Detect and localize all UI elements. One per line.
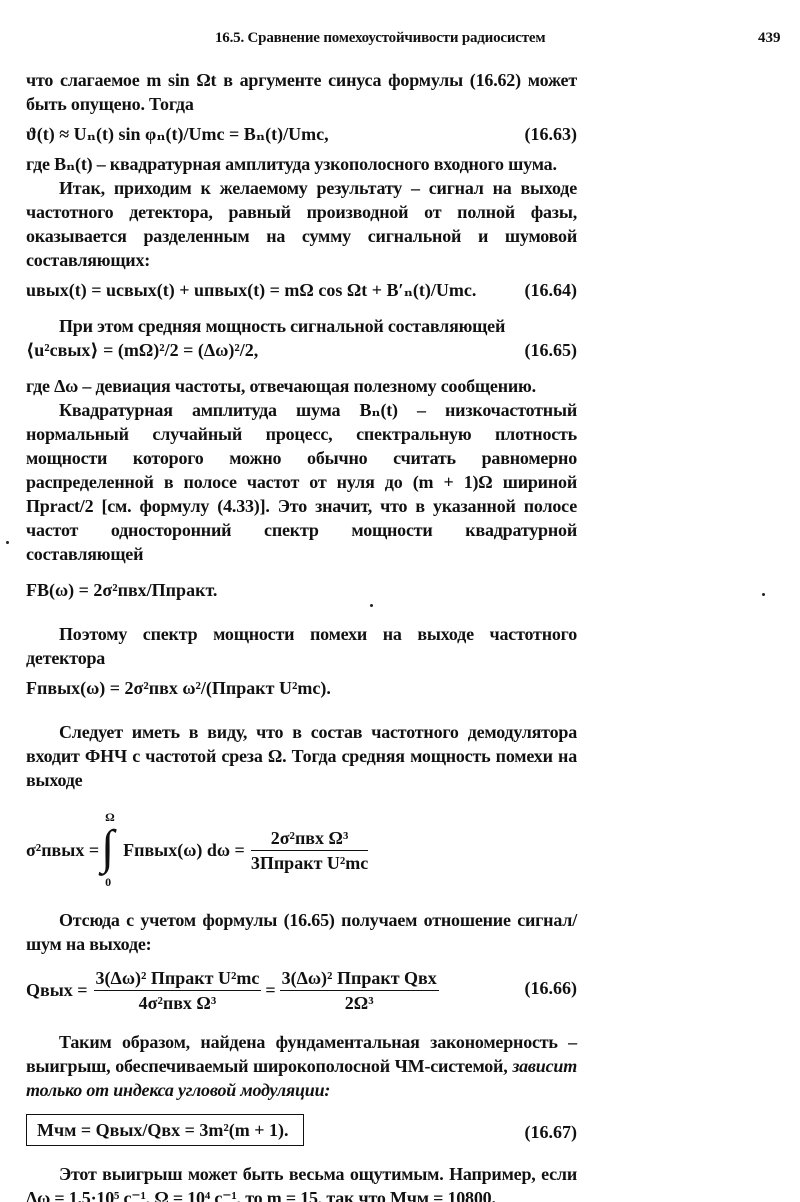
denominator: 4σ²пвх Ω³ xyxy=(94,991,262,1015)
equation-text: FB(ω) = 2σ²пвх/Ппракт. xyxy=(26,580,217,600)
equals-sign: = xyxy=(265,980,275,1001)
paragraph-6: Квадратурная амплитуда шума Bₙ(t) – низк… xyxy=(26,398,577,566)
paragraph-4: При этом средняя мощность сигнальной сос… xyxy=(26,314,577,338)
equation-text: ⟨u²свых⟩ = (mΩ)²/2 = (Δω)²/2, xyxy=(26,340,258,360)
equation-fnvyx: Fпвых(ω) = 2σ²пвх ω²/(Ппракт U²mc). xyxy=(26,676,577,700)
paragraph-2: где Bₙ(t) – квадратурная амплитуда узкоп… xyxy=(26,152,577,176)
equation-16-66: Qвых = 3(Δω)² Ппракт U²mc 4σ²пвх Ω³ = 3(… xyxy=(26,962,577,1018)
numerator: 3(Δω)² Ппракт U²mc xyxy=(94,966,262,991)
equation-16-63: ϑ(t) ≈ Uₙ(t) sin φₙ(t)/Umc = Bₙ(t)/Umc, … xyxy=(26,122,577,146)
equation-lhs: σ²пвых = xyxy=(26,840,99,861)
book-page: 16.5. Сравнение помехоустойчивости радио… xyxy=(0,0,800,1202)
scan-speck xyxy=(762,593,765,596)
equation-number: (16.63) xyxy=(525,122,578,146)
integral-symbol: ∫ xyxy=(101,818,114,878)
paragraph-10-plain: Таким образом, найдена фундаментальная з… xyxy=(26,1032,577,1076)
paragraph-1: что слагаемое m sin Ωt в аргументе синус… xyxy=(26,68,577,116)
paragraph-9: Отсюда с учетом формулы (16.65) получаем… xyxy=(26,908,577,956)
equation-text: ϑ(t) ≈ Uₙ(t) sin φₙ(t)/Umc = Bₙ(t)/Umc, xyxy=(26,124,329,144)
section-title: 16.5. Сравнение помехоустойчивости радио… xyxy=(215,30,545,47)
equation-sigma-integral: σ²пвых = Ω ∫ 0 Fпвых(ω) dω = 2σ²пвх Ω³ 3… xyxy=(26,804,577,896)
fraction-1: 3(Δω)² Ппракт U²mc 4σ²пвх Ω³ xyxy=(94,966,262,1015)
equation-text: uвых(t) = uсвых(t) + uпвых(t) = mΩ cos Ω… xyxy=(26,280,476,300)
paragraph-10: Таким образом, найдена фундаментальная з… xyxy=(26,1030,577,1102)
integral-lower-limit: 0 xyxy=(105,875,111,890)
integrand: Fпвых(ω) dω = xyxy=(123,840,245,861)
denominator: 3Ппракт U²mc xyxy=(251,851,368,875)
equation-number: (16.66) xyxy=(525,978,578,999)
paragraph-11: Этот выигрыш может быть весьма ощутимым.… xyxy=(26,1162,577,1202)
integral-sign: Ω ∫ 0 xyxy=(99,810,119,890)
scan-speck xyxy=(6,541,9,544)
boxed-equation: Mчм = Qвых/Qвх = 3m²(m + 1). xyxy=(26,1114,304,1146)
page-number: 439 xyxy=(758,30,781,47)
equation-number: (16.67) xyxy=(525,1120,578,1144)
paragraph-3: Итак, приходим к желаемому результату – … xyxy=(26,176,577,272)
numerator: 2σ²пвх Ω³ xyxy=(251,826,368,851)
paragraph-8: Следует иметь в виду, что в состав часто… xyxy=(26,720,577,792)
paragraph-5: где Δω – девиация частоты, отвечающая по… xyxy=(26,374,577,398)
scan-speck xyxy=(370,604,373,607)
equation-lhs: Qвых = xyxy=(26,980,88,1001)
paragraph-7: Поэтому спектр мощности помехи на выходе… xyxy=(26,622,577,670)
fraction: 2σ²пвх Ω³ 3Ппракт U²mc xyxy=(251,826,368,875)
equation-text: Fпвых(ω) = 2σ²пвх ω²/(Ппракт U²mc). xyxy=(26,678,331,698)
denominator: 2Ω³ xyxy=(280,991,439,1015)
equation-16-67: Mчм = Qвых/Qвх = 3m²(m + 1). (16.67) xyxy=(26,1114,577,1150)
numerator: 3(Δω)² Ппракт Qвх xyxy=(280,966,439,991)
equation-fb: FB(ω) = 2σ²пвх/Ппракт. xyxy=(26,578,577,602)
running-header: 16.5. Сравнение помехоустойчивости радио… xyxy=(0,30,800,54)
equation-number: (16.64) xyxy=(525,278,578,302)
equation-16-64: uвых(t) = uсвых(t) + uпвых(t) = mΩ cos Ω… xyxy=(26,278,577,302)
equation-number: (16.65) xyxy=(525,338,578,362)
equation-16-65: ⟨u²свых⟩ = (mΩ)²/2 = (Δω)²/2, (16.65) xyxy=(26,338,577,362)
page-body: что слагаемое m sin Ωt в аргументе синус… xyxy=(26,68,577,1202)
fraction-2: 3(Δω)² Ппракт Qвх 2Ω³ xyxy=(280,966,439,1015)
